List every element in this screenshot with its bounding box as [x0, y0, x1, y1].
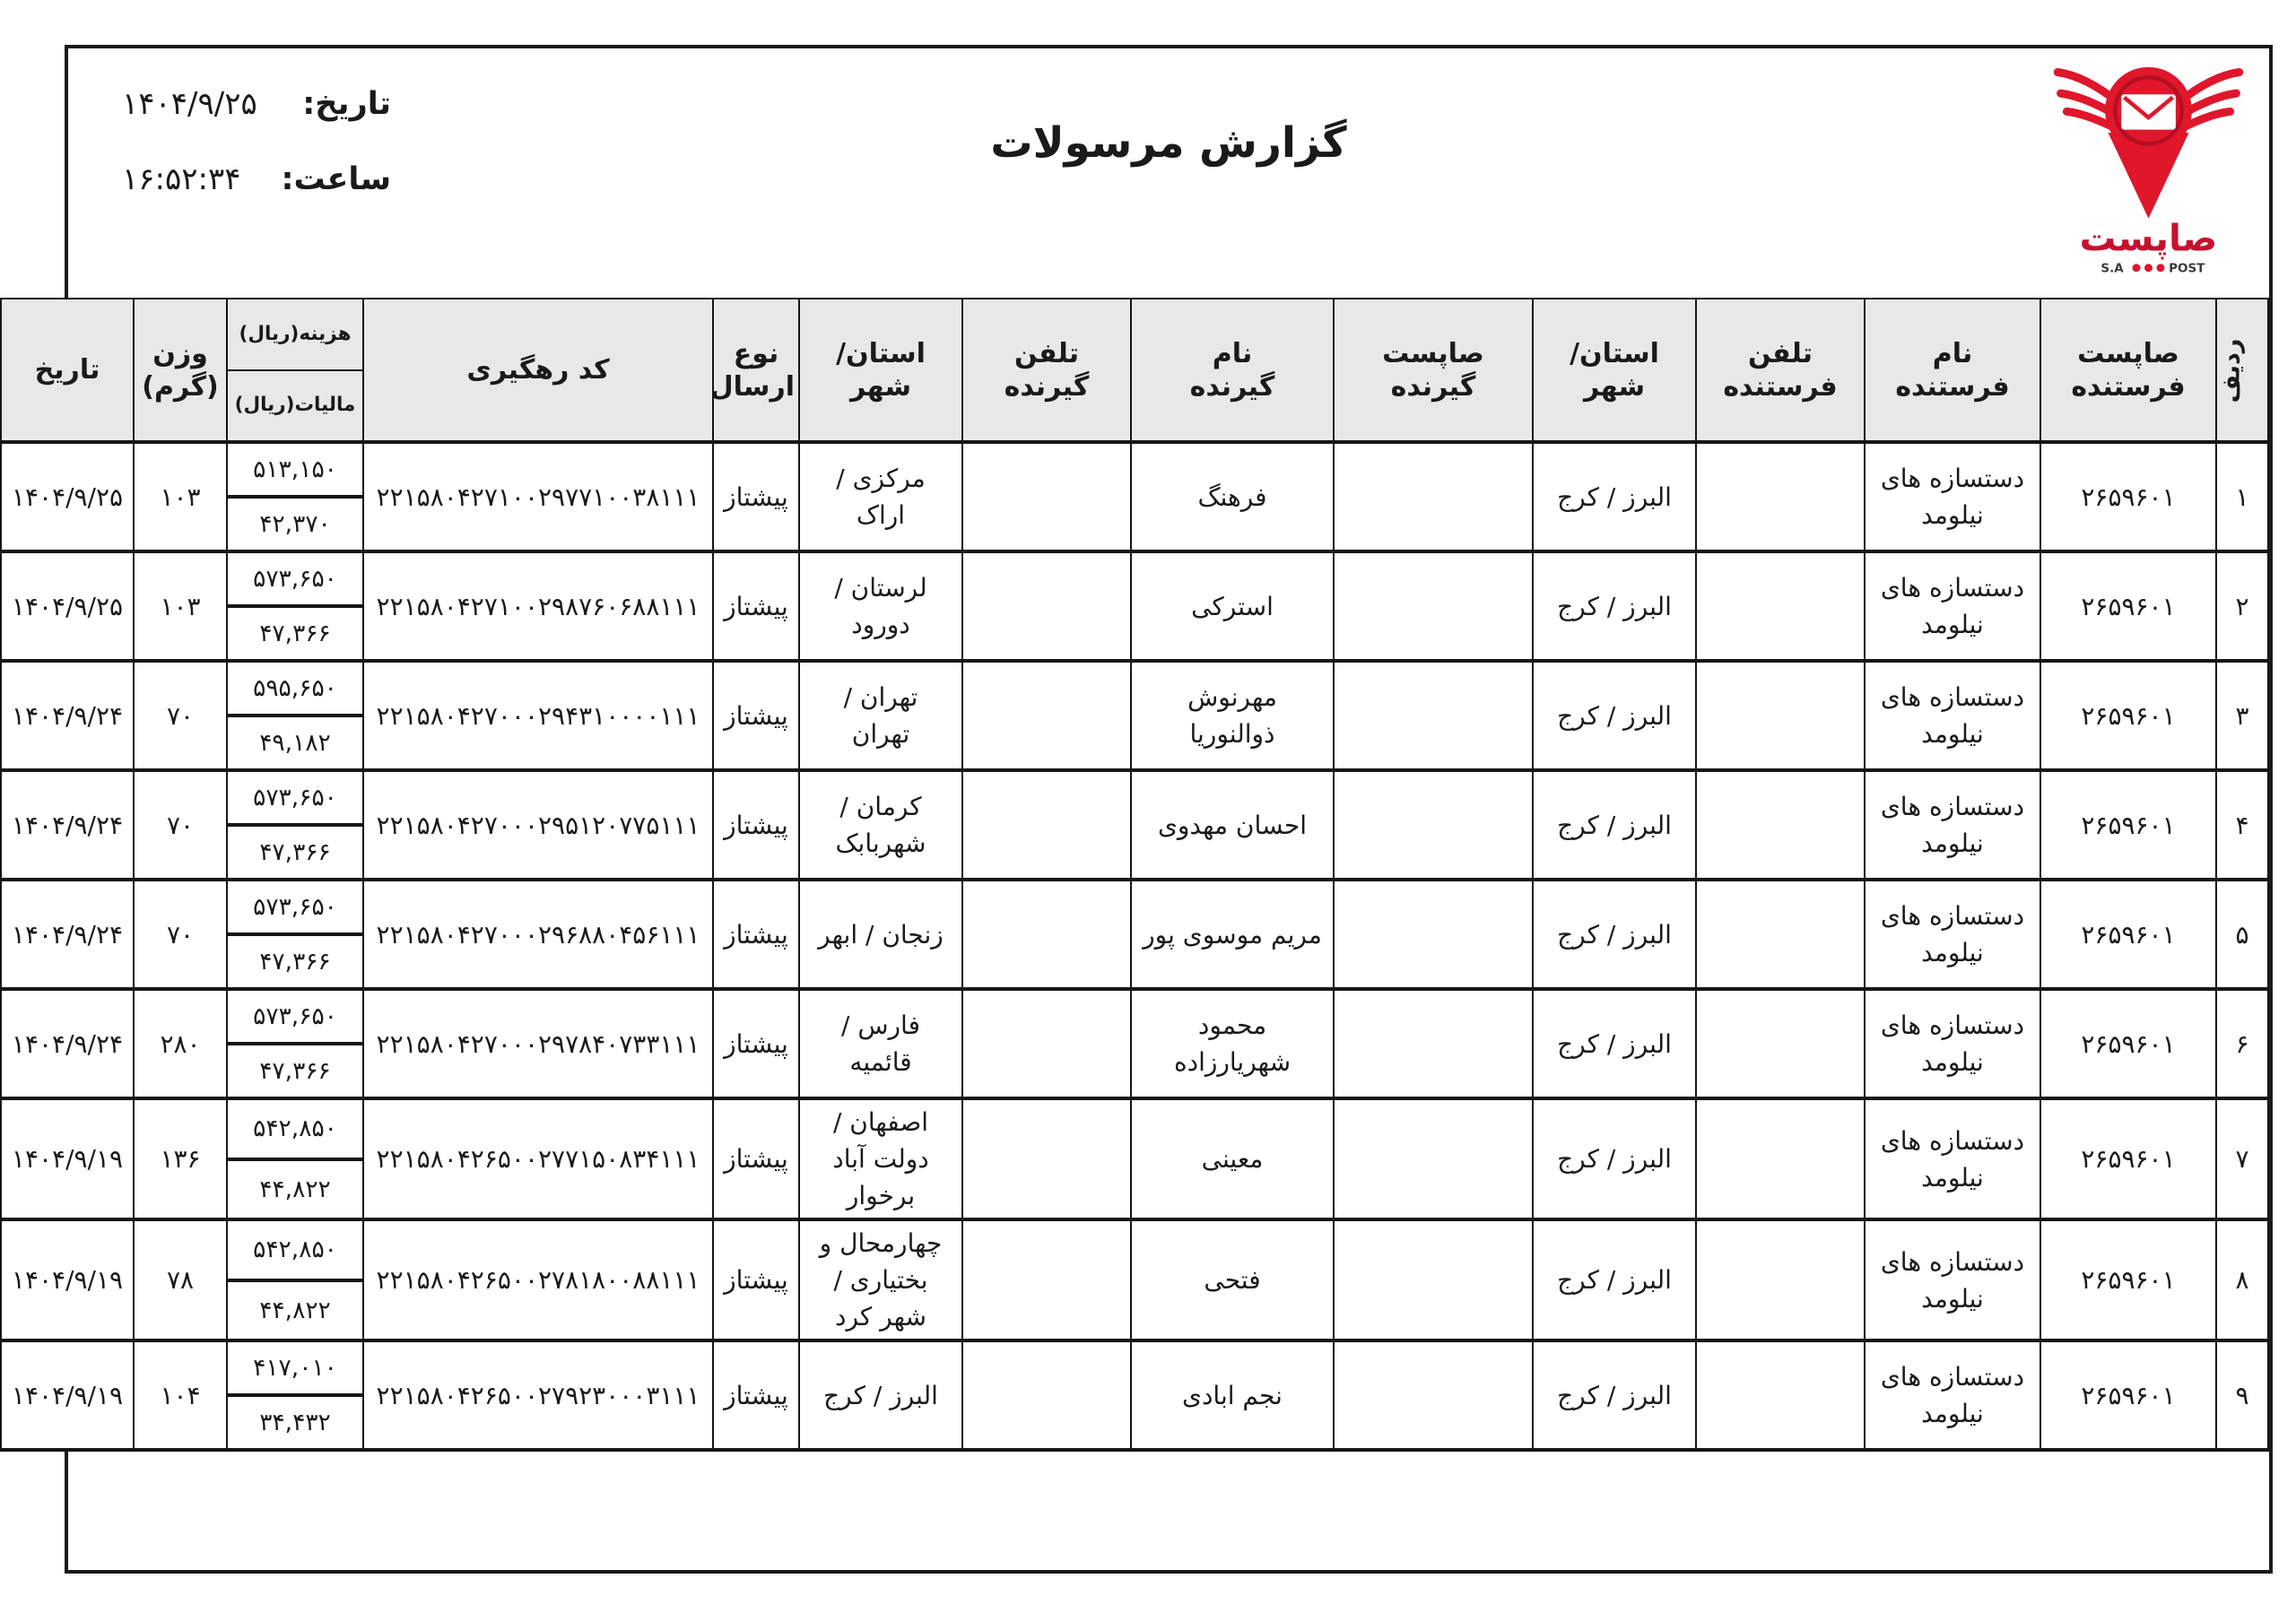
cell-date: ۱۴۰۴/۹/۲۴: [0, 661, 118, 770]
cell-receiver-name: مهرنوش ذوالنوریا: [1116, 661, 1318, 770]
shipments-grid: ردیف صاپست فرستنده نام فرستنده تلفن فرست…: [53, 298, 2254, 1452]
cell-cost-tax: ۵۷۳,۶۵۰۴۷,۳۶۶: [212, 880, 348, 989]
date-value: ۱۴۰۴/۹/۲۵: [107, 86, 242, 122]
cell-row-no: ۵: [2201, 880, 2253, 989]
cell-tracking-code: ۲۲۱۵۸۰۴۲۷۰۰۰۲۹۷۸۴۰۷۳۳۱۱۱: [348, 989, 698, 1098]
cell-sender-sapost: ۲۶۵۹۶۰۱: [2025, 1098, 2201, 1219]
cell-sender-name: دستسازه های نیلومد: [1849, 1098, 2025, 1219]
col-header-tracking-code: کد رهگیری: [348, 299, 698, 442]
cell-receiver-sapost: [1318, 1340, 1518, 1450]
report-box: تاریخ: ۱۴۰۴/۹/۲۵ ساعت: ۱۶:۵۲:۳۴ گزارش مر…: [49, 45, 2257, 1574]
cell-tracking-code: ۲۲۱۵۸۰۴۲۷۰۰۰۲۹۵۱۲۰۷۷۵۱۱۱: [348, 770, 698, 880]
cell-sender-phone: [1681, 1098, 1849, 1219]
cell-cost-tax: ۵۷۳,۶۵۰۴۷,۳۶۶: [212, 551, 348, 661]
cost-tax-split: ۵۷۳,۶۵۰۴۷,۳۶۶: [213, 553, 347, 659]
cell-send-type: پیشتاز: [698, 442, 784, 551]
cell-sender-name: دستسازه های نیلومد: [1849, 442, 2025, 551]
cell-receiver-city: زنجان / ابهر: [784, 880, 947, 989]
table-row: ۹۲۶۵۹۶۰۱دستسازه های نیلومدالبرز / کرجنجم…: [0, 1340, 2253, 1450]
cell-sender-name: دستسازه های نیلومد: [1849, 1219, 2025, 1340]
tax-header-label: مالیات(ریال): [213, 371, 347, 441]
cell-receiver-sapost: [1318, 989, 1518, 1098]
tax-value: ۴۹,۱۸۲: [213, 717, 347, 768]
shipments-body: ۱۲۶۵۹۶۰۱دستسازه های نیلومدالبرز / کرجفره…: [0, 442, 2253, 1450]
col-header-sender-sapost: صاپست فرستنده: [2025, 299, 2201, 442]
col-header-weight: وزن (گرم): [118, 299, 212, 442]
cell-receiver-phone: [947, 880, 1116, 989]
cell-receiver-sapost: [1318, 551, 1518, 661]
report-page: { "header": { "report_title": "گزارش مرس…: [0, 0, 2296, 1622]
cell-sender-phone: [1681, 989, 1849, 1098]
cell-receiver-city: تهران / تهران: [784, 661, 947, 770]
cell-sender-name: دستسازه های نیلومد: [1849, 770, 2025, 880]
cell-sender-sapost: ۲۶۵۹۶۰۱: [2025, 661, 2201, 770]
cell-sender-city: البرز / کرج: [1518, 1340, 1681, 1450]
cell-sender-sapost: ۲۶۵۹۶۰۱: [2025, 880, 2201, 989]
cell-row-no: ۶: [2201, 989, 2253, 1098]
cell-sender-phone: [1681, 661, 1849, 770]
cell-sender-name: دستسازه های نیلومد: [1849, 880, 2025, 989]
col-header-receiver-sapost: صاپست گیرنده: [1318, 299, 1518, 442]
cell-tracking-code: ۲۲۱۵۸۰۴۲۷۱۰۰۲۹۸۷۶۰۶۸۸۱۱۱: [348, 551, 698, 661]
tax-value: ۴۴,۸۲۲: [213, 1161, 347, 1219]
cell-sender-name: دستسازه های نیلومد: [1849, 989, 2025, 1098]
cell-sender-city: البرز / کرج: [1518, 442, 1681, 551]
cell-receiver-phone: [947, 1098, 1116, 1219]
table-row: ۱۲۶۵۹۶۰۱دستسازه های نیلومدالبرز / کرجفره…: [0, 442, 2253, 551]
cell-sender-city: البرز / کرج: [1518, 989, 1681, 1098]
cell-sender-phone: [1681, 770, 1849, 880]
header-row: ردیف صاپست فرستنده نام فرستنده تلفن فرست…: [0, 299, 2253, 442]
cost-value: ۵۹۵,۶۵۰: [213, 663, 347, 717]
cell-send-type: پیشتاز: [698, 1098, 784, 1219]
date-row: تاریخ: ۱۴۰۴/۹/۲۵: [107, 86, 376, 122]
cell-weight: ۱۰۴: [118, 1340, 212, 1450]
col-header-date: تاریخ: [0, 299, 118, 442]
cell-sender-name: دستسازه های نیلومد: [1849, 1340, 2025, 1450]
col-header-receiver-name: نام گیرنده: [1116, 299, 1318, 442]
cell-receiver-name: فرهنگ: [1116, 442, 1318, 551]
cell-date: ۱۴۰۴/۹/۲۵: [0, 551, 118, 661]
cell-receiver-phone: [947, 551, 1116, 661]
tax-value: ۳۴,۴۳۲: [213, 1397, 347, 1448]
cell-send-type: پیشتاز: [698, 1340, 784, 1450]
cell-receiver-name: فتحی: [1116, 1219, 1318, 1340]
table-row: ۴۲۶۵۹۶۰۱دستسازه های نیلومدالبرز / کرجاحس…: [0, 770, 2253, 880]
col-header-sender-name: نام فرستنده: [1849, 299, 2025, 442]
cell-weight: ۱۳۶: [118, 1098, 212, 1219]
cost-tax-split: ۵۷۳,۶۵۰۴۷,۳۶۶: [213, 772, 347, 878]
cell-cost-tax: ۵۱۳,۱۵۰۴۲,۳۷۰: [212, 442, 348, 551]
cell-sender-phone: [1681, 880, 1849, 989]
tax-value: ۴۷,۳۶۶: [213, 936, 347, 987]
cell-date: ۱۴۰۴/۹/۲۴: [0, 770, 118, 880]
col-header-receiver-phone: تلفن گیرنده: [947, 299, 1116, 442]
cell-send-type: پیشتاز: [698, 880, 784, 989]
cost-tax-split: ۴۱۷,۰۱۰۳۴,۴۳۲: [213, 1342, 347, 1448]
cost-value: ۵۷۳,۶۵۰: [213, 881, 347, 936]
cell-cost-tax: ۵۴۲,۸۵۰۴۴,۸۲۲: [212, 1219, 348, 1340]
cell-sender-sapost: ۲۶۵۹۶۰۱: [2025, 551, 2201, 661]
cell-sender-phone: [1681, 1340, 1849, 1450]
cell-date: ۱۴۰۴/۹/۲۵: [0, 442, 118, 551]
cell-sender-phone: [1681, 442, 1849, 551]
cell-receiver-city: چهارمحال و بختیاری / شهر کرد: [784, 1219, 947, 1340]
cell-sender-sapost: ۲۶۵۹۶۰۱: [2025, 989, 2201, 1098]
tax-value: ۴۷,۳۶۶: [213, 608, 347, 659]
row-no-header-label: ردیف: [2201, 338, 2233, 403]
cost-tax-split: ۵۴۲,۸۵۰۴۴,۸۲۲: [213, 1221, 347, 1339]
cost-value: ۵۴۲,۸۵۰: [213, 1100, 347, 1161]
cell-row-no: ۳: [2201, 661, 2253, 770]
cell-row-no: ۴: [2201, 770, 2253, 880]
cell-weight: ۷۰: [118, 661, 212, 770]
cell-row-no: ۸: [2201, 1219, 2253, 1340]
tax-value: ۴۷,۳۶۶: [213, 1045, 347, 1097]
cell-receiver-phone: [947, 770, 1116, 880]
cell-sender-city: البرز / کرج: [1518, 1098, 1681, 1219]
col-header-receiver-city: استان/ شهر: [784, 299, 947, 442]
cost-value: ۵۴۲,۸۵۰: [213, 1221, 347, 1282]
cell-receiver-city: فارس / قائمیه: [784, 989, 947, 1098]
table-head: ردیف صاپست فرستنده نام فرستنده تلفن فرست…: [0, 299, 2253, 442]
table-row: ۲۲۶۵۹۶۰۱دستسازه های نیلومدالبرز / کرجاست…: [0, 551, 2253, 661]
cost-tax-split: ۵۷۳,۶۵۰۴۷,۳۶۶: [213, 881, 347, 987]
cost-tax-split: ۵۱۳,۱۵۰۴۲,۳۷۰: [213, 444, 347, 550]
cell-cost-tax: ۵۹۵,۶۵۰۴۹,۱۸۲: [212, 661, 348, 770]
cell-receiver-city: لرستان / دورود: [784, 551, 947, 661]
cell-sender-city: البرز / کرج: [1518, 661, 1681, 770]
cell-receiver-phone: [947, 989, 1116, 1098]
cell-receiver-name: معینی: [1116, 1098, 1318, 1219]
cost-header-label: هزینه(ریال): [213, 299, 347, 371]
tax-value: ۴۷,۳۶۶: [213, 827, 347, 878]
cell-weight: ۱۰۳: [118, 551, 212, 661]
cell-send-type: پیشتاز: [698, 1219, 784, 1340]
cell-send-type: پیشتاز: [698, 770, 784, 880]
cell-receiver-sapost: [1318, 442, 1518, 551]
cell-sender-city: البرز / کرج: [1518, 1219, 1681, 1340]
cell-receiver-city: اصفهان / دولت آباد برخوار: [784, 1098, 947, 1219]
table-row: ۸۲۶۵۹۶۰۱دستسازه های نیلومدالبرز / کرجفتح…: [0, 1219, 2253, 1340]
cell-tracking-code: ۲۲۱۵۸۰۴۲۷۰۰۰۲۹۴۳۱۰۰۰۰۱۱۱: [348, 661, 698, 770]
col-header-sender-phone: تلفن فرستنده: [1681, 299, 1849, 442]
cell-sender-sapost: ۲۶۵۹۶۰۱: [2025, 770, 2201, 880]
table-row: ۳۲۶۵۹۶۰۱دستسازه های نیلومدالبرز / کرجمهر…: [0, 661, 2253, 770]
cell-row-no: ۹: [2201, 1340, 2253, 1450]
cell-row-no: ۲: [2201, 551, 2253, 661]
cell-weight: ۷۰: [118, 880, 212, 989]
logo-subtext-right: POST: [2153, 261, 2190, 275]
cell-sender-city: البرز / کرج: [1518, 880, 1681, 989]
cell-weight: ۷۸: [118, 1219, 212, 1340]
shipments-table: ردیف صاپست فرستنده نام فرستنده تلفن فرست…: [0, 298, 2254, 1452]
cell-weight: ۱۰۳: [118, 442, 212, 551]
cell-date: ۱۴۰۴/۹/۱۹: [0, 1340, 118, 1450]
cell-tracking-code: ۲۲۱۵۸۰۴۲۶۵۰۰۲۷۷۱۵۰۸۳۴۱۱۱: [348, 1098, 698, 1219]
cell-tracking-code: ۲۲۱۵۸۰۴۲۶۵۰۰۲۷۸۱۸۰۰۸۸۱۱۱: [348, 1219, 698, 1340]
table-row: ۷۲۶۵۹۶۰۱دستسازه های نیلومدالبرز / کرجمعی…: [0, 1098, 2253, 1219]
sapost-logo: صاپست S.A POST: [2032, 52, 2234, 286]
col-header-sender-city: استان/ شهر: [1518, 299, 1681, 442]
cell-receiver-sapost: [1318, 770, 1518, 880]
cell-sender-city: البرز / کرج: [1518, 770, 1681, 880]
table-row: ۶۲۶۵۹۶۰۱دستسازه های نیلومدالبرز / کرجمحم…: [0, 989, 2253, 1098]
cell-receiver-name: استرکی: [1116, 551, 1318, 661]
cell-receiver-city: البرز / کرج: [784, 1340, 947, 1450]
table-row: ۵۲۶۵۹۶۰۱دستسازه های نیلومدالبرز / کرجمری…: [0, 880, 2253, 989]
cell-send-type: پیشتاز: [698, 989, 784, 1098]
cell-receiver-sapost: [1318, 661, 1518, 770]
cell-date: ۱۴۰۴/۹/۲۴: [0, 880, 118, 989]
cell-sender-phone: [1681, 551, 1849, 661]
cell-receiver-phone: [947, 1340, 1116, 1450]
page-title: گزارش مرسولات: [53, 118, 2254, 168]
cell-send-type: پیشتاز: [698, 551, 784, 661]
cell-receiver-sapost: [1318, 1219, 1518, 1340]
cell-receiver-sapost: [1318, 880, 1518, 989]
cell-receiver-name: محمود شهریارزاده: [1116, 989, 1318, 1098]
col-header-cost-tax: هزینه(ریال) مالیات(ریال): [212, 299, 348, 442]
cell-receiver-sapost: [1318, 1098, 1518, 1219]
cell-receiver-name: نجم ابادی: [1116, 1340, 1318, 1450]
cell-weight: ۷۰: [118, 770, 212, 880]
cell-sender-phone: [1681, 1219, 1849, 1340]
cost-value: ۵۱۳,۱۵۰: [213, 444, 347, 499]
cell-weight: ۲۸۰: [118, 989, 212, 1098]
cost-value: ۵۷۳,۶۵۰: [213, 553, 347, 608]
logo-subtext-left: S.A: [2085, 261, 2109, 275]
cell-sender-name: دستسازه های نیلومد: [1849, 551, 2025, 661]
cell-sender-sapost: ۲۶۵۹۶۰۱: [2025, 1340, 2201, 1450]
cell-cost-tax: ۴۱۷,۰۱۰۳۴,۴۳۲: [212, 1340, 348, 1450]
cell-row-no: ۷: [2201, 1098, 2253, 1219]
cell-receiver-city: کرمان / شهربابک: [784, 770, 947, 880]
cost-value: ۵۷۳,۶۵۰: [213, 991, 347, 1045]
cell-sender-sapost: ۲۶۵۹۶۰۱: [2025, 442, 2201, 551]
cell-date: ۱۴۰۴/۹/۱۹: [0, 1098, 118, 1219]
cell-receiver-name: مریم موسوی پور: [1116, 880, 1318, 989]
cell-tracking-code: ۲۲۱۵۸۰۴۲۷۰۰۰۲۹۶۸۸۰۴۵۶۱۱۱: [348, 880, 698, 989]
cost-tax-split: ۵۴۲,۸۵۰۴۴,۸۲۲: [213, 1100, 347, 1218]
cell-cost-tax: ۵۷۳,۶۵۰۴۷,۳۶۶: [212, 770, 348, 880]
sapost-logo-icon: صاپست S.A POST: [2032, 52, 2234, 282]
cell-sender-sapost: ۲۶۵۹۶۰۱: [2025, 1219, 2201, 1340]
cell-cost-tax: ۵۴۲,۸۵۰۴۴,۸۲۲: [212, 1098, 348, 1219]
date-label: تاریخ:: [287, 86, 376, 122]
cell-receiver-name: احسان مهدوی: [1116, 770, 1318, 880]
cell-sender-name: دستسازه های نیلومد: [1849, 661, 2025, 770]
cost-tax-split: ۵۹۵,۶۵۰۴۹,۱۸۲: [213, 663, 347, 768]
logo-wordmark: صاپست: [2065, 217, 2203, 260]
cell-receiver-phone: [947, 442, 1116, 551]
cost-tax-header-split: هزینه(ریال) مالیات(ریال): [213, 299, 347, 440]
tax-value: ۴۲,۳۷۰: [213, 499, 347, 550]
col-header-row-no: ردیف: [2201, 299, 2253, 442]
cell-receiver-city: مرکزی / اراک: [784, 442, 947, 551]
cell-cost-tax: ۵۷۳,۶۵۰۴۷,۳۶۶: [212, 989, 348, 1098]
cell-tracking-code: ۲۲۱۵۸۰۴۲۶۵۰۰۲۷۹۲۳۰۰۰۳۱۱۱: [348, 1340, 698, 1450]
col-header-send-type: نوع ارسال: [698, 299, 784, 442]
cell-send-type: پیشتاز: [698, 661, 784, 770]
cell-date: ۱۴۰۴/۹/۱۹: [0, 1219, 118, 1340]
cell-row-no: ۱: [2201, 442, 2253, 551]
cell-tracking-code: ۲۲۱۵۸۰۴۲۷۱۰۰۲۹۷۷۱۰۰۳۸۱۱۱: [348, 442, 698, 551]
cost-tax-split: ۵۷۳,۶۵۰۴۷,۳۶۶: [213, 991, 347, 1097]
tax-value: ۴۴,۸۲۲: [213, 1282, 347, 1340]
cost-value: ۴۱۷,۰۱۰: [213, 1342, 347, 1397]
cell-date: ۱۴۰۴/۹/۲۴: [0, 989, 118, 1098]
cost-value: ۵۷۳,۶۵۰: [213, 772, 347, 827]
cell-receiver-phone: [947, 1219, 1116, 1340]
cell-receiver-phone: [947, 661, 1116, 770]
cell-sender-city: البرز / کرج: [1518, 551, 1681, 661]
report-header: تاریخ: ۱۴۰۴/۹/۲۵ ساعت: ۱۶:۵۲:۳۴ گزارش مر…: [53, 48, 2254, 298]
